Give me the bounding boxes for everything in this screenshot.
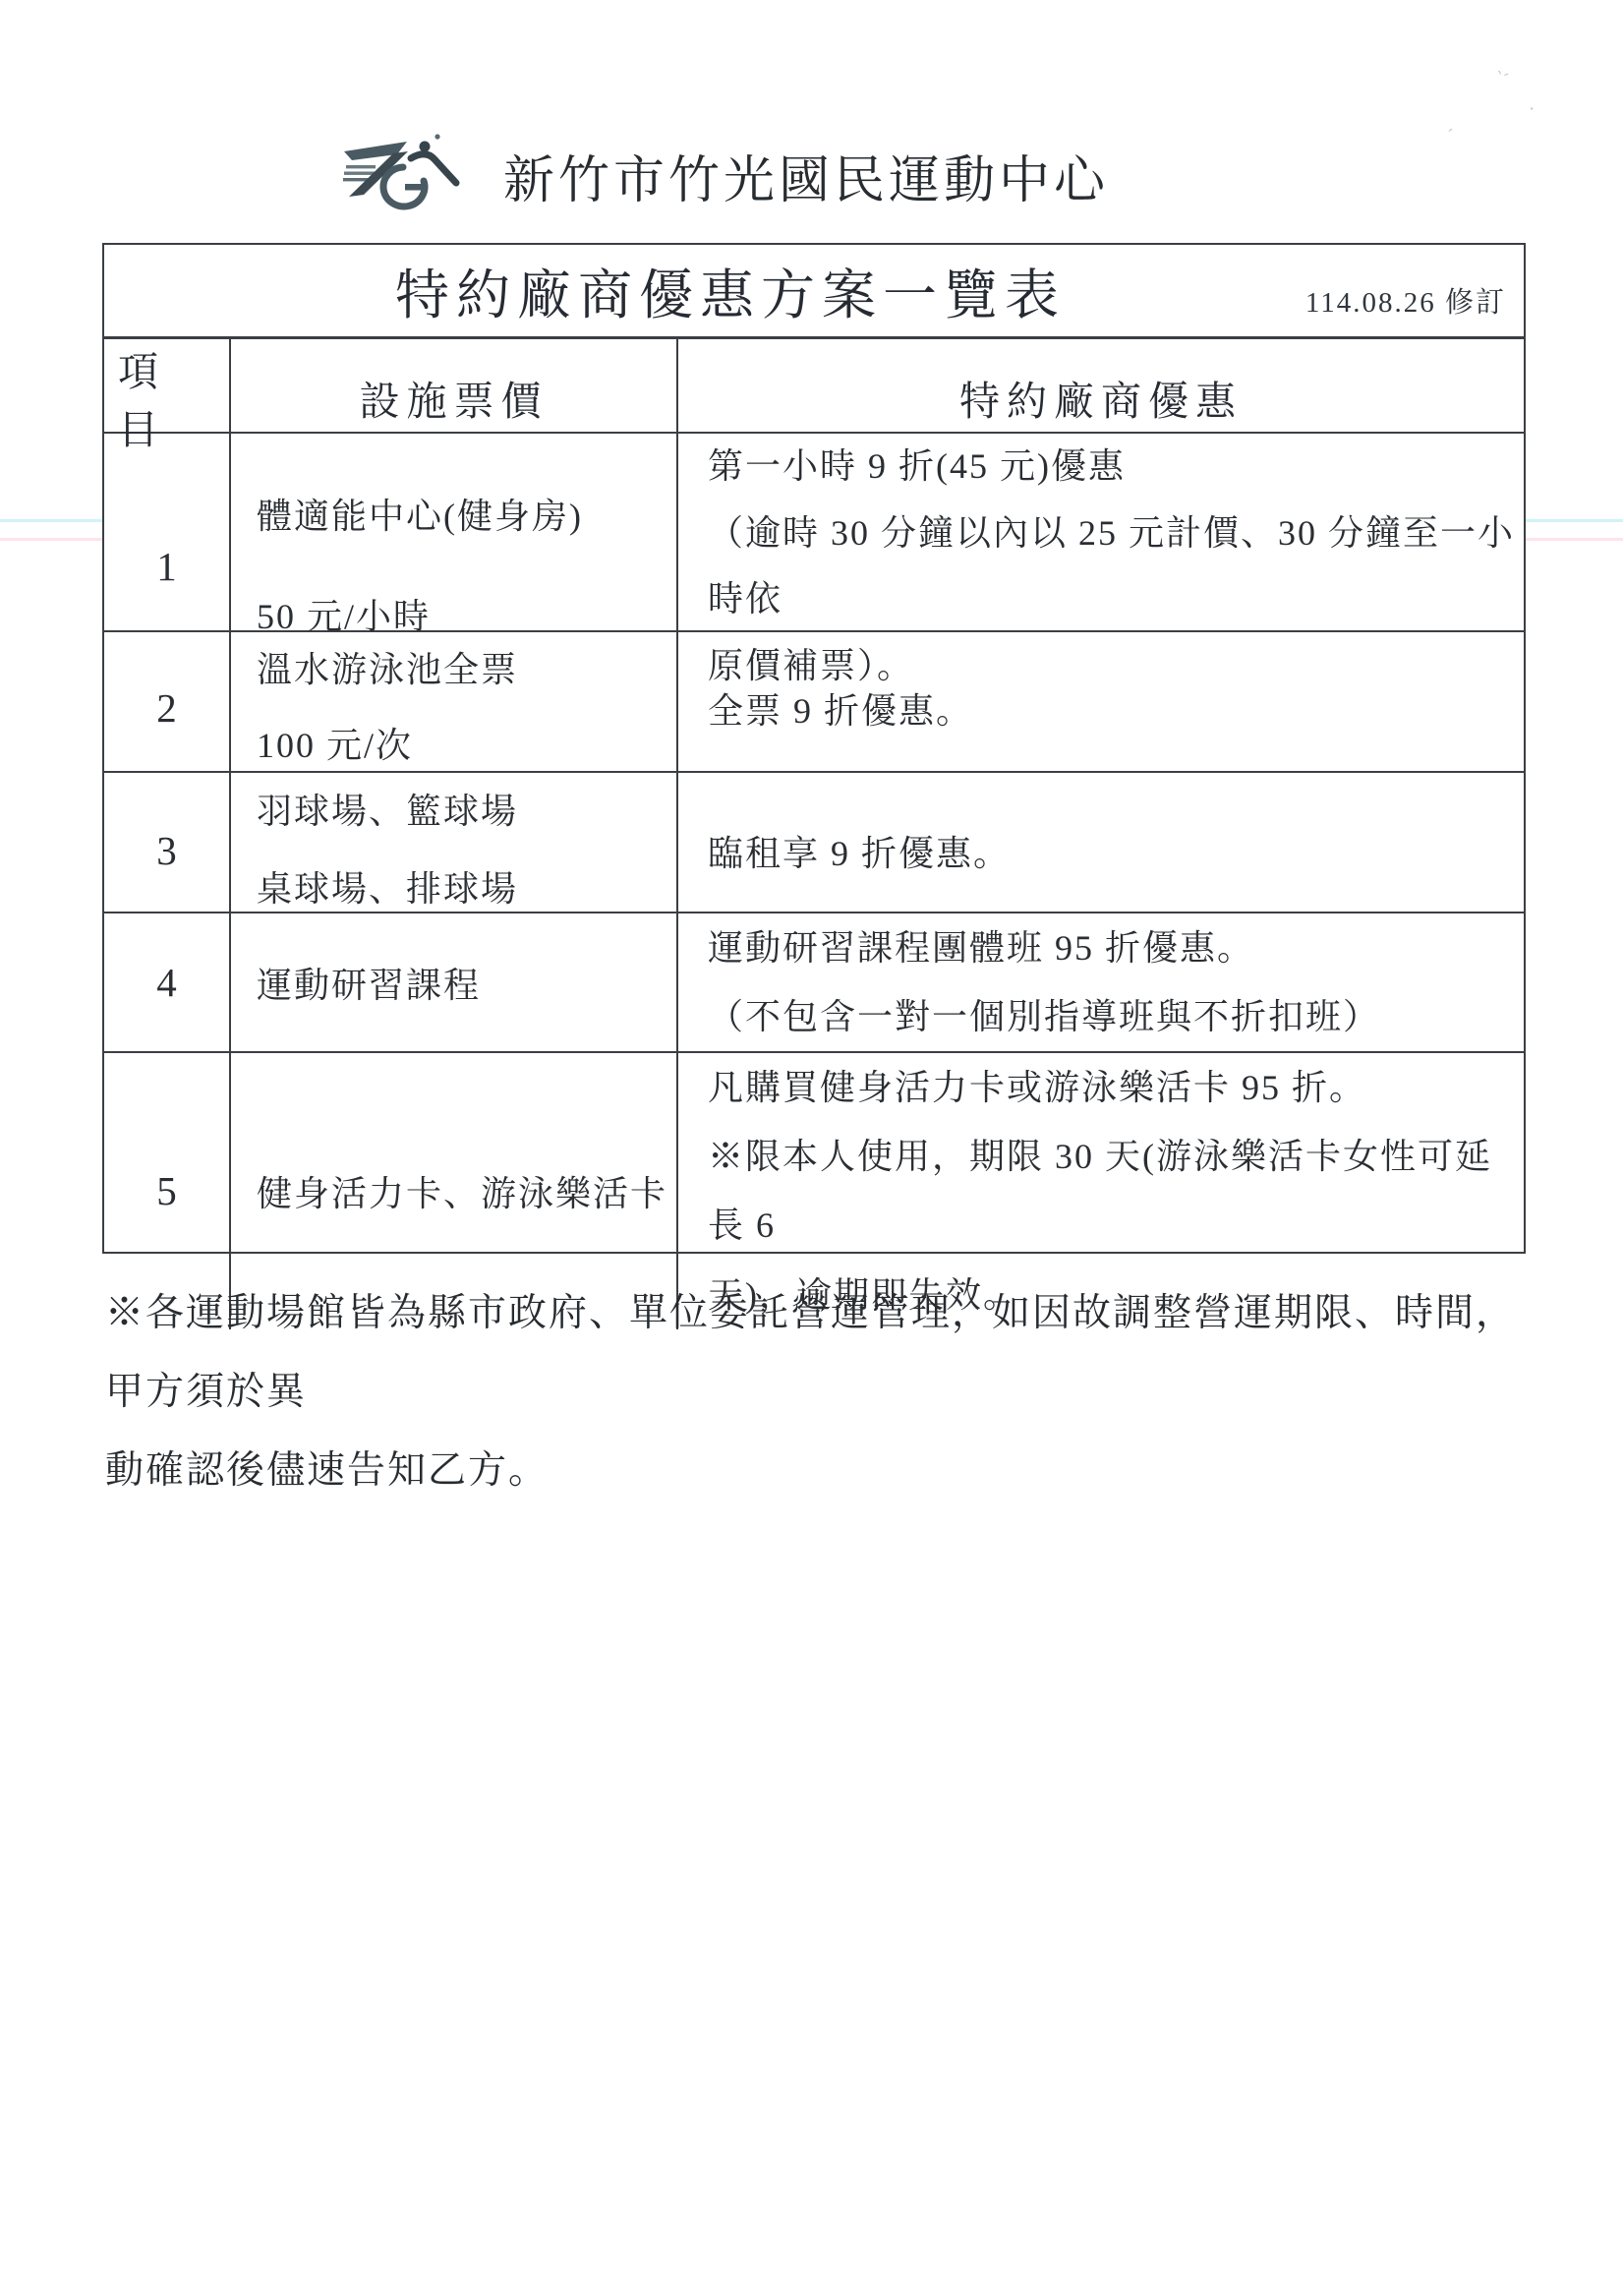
scanned-document-page: `´ · ´ 新竹市竹光國民運動中心 特約廠商優惠方案一覽表 114. bbox=[0, 0, 1623, 2296]
cell-vendor-discount: 臨租享 9 折優惠。 bbox=[678, 773, 1524, 928]
scan-speck: `´ bbox=[1491, 68, 1511, 93]
discount-table: 特約廠商優惠方案一覽表 114.08.26 修訂 項目 設施票價 特約廠商優惠 … bbox=[102, 243, 1526, 1254]
discount-text: 全票 9 折優惠。 bbox=[708, 683, 973, 734]
sports-center-logo-icon bbox=[332, 130, 462, 220]
table-title: 特約廠商優惠方案一覽表 bbox=[395, 252, 1066, 329]
scan-speck: ´ bbox=[1447, 126, 1454, 148]
table-row: 1 體適能中心(健身房) 50 元/小時 第一小時 9 折(45 元)優惠 （逾… bbox=[104, 434, 1524, 632]
discount-text: 運動研習課程團體班 95 折優惠。 （不包含一對一個別指導班與不折扣班） bbox=[708, 913, 1380, 1051]
cell-item-number: 2 bbox=[104, 632, 231, 785]
table-row: 3 羽球場、籃球場 桌球場、排球場 臨租享 9 折優惠。 bbox=[104, 773, 1524, 913]
cell-item-number: 3 bbox=[104, 773, 231, 928]
table-row: 4 運動研習課程 運動研習課程團體班 95 折優惠。 （不包含一對一個別指導班與… bbox=[104, 913, 1524, 1053]
discount-text: 臨租享 9 折優惠。 bbox=[708, 826, 1011, 876]
cell-vendor-discount: 全票 9 折優惠。 bbox=[678, 632, 1524, 785]
table-row: 5 健身活力卡、游泳樂活卡 凡購買健身活力卡或游泳樂活卡 95 折。 ※限本人使… bbox=[104, 1053, 1524, 1256]
footer-note: ※各運動場館皆為縣市政府、單位委託營運管理，如因故調整營運期限、時間，甲方須於異… bbox=[105, 1274, 1531, 1510]
cell-vendor-discount: 運動研習課程團體班 95 折優惠。 （不包含一對一個別指導班與不折扣班） bbox=[678, 913, 1524, 1051]
table-header-row: 項目 設施票價 特約廠商優惠 bbox=[104, 339, 1524, 434]
table-row: 2 溫水游泳池全票 100 元/次 全票 9 折優惠。 bbox=[104, 632, 1524, 773]
facility-text: 溫水游泳池全票 100 元/次 bbox=[257, 632, 518, 785]
cell-item-number: 4 bbox=[104, 913, 231, 1051]
table-title-row: 特約廠商優惠方案一覽表 114.08.26 修訂 bbox=[104, 245, 1524, 339]
cell-facility-price: 溫水游泳池全票 100 元/次 bbox=[231, 632, 678, 785]
cell-facility-price: 運動研習課程 bbox=[231, 913, 678, 1051]
revision-date: 114.08.26 修訂 bbox=[1305, 280, 1506, 321]
facility-text: 羽球場、籃球場 桌球場、排球場 bbox=[257, 773, 518, 928]
document-header: 新竹市竹光國民運動中心 bbox=[332, 126, 1109, 224]
scan-speck: · bbox=[1527, 98, 1537, 122]
facility-text: 運動研習課程 bbox=[257, 958, 481, 1008]
cell-facility-price: 羽球場、籃球場 桌球場、排球場 bbox=[231, 773, 678, 928]
facility-text: 健身活力卡、游泳樂活卡 bbox=[257, 1166, 667, 1216]
org-title: 新竹市竹光國民運動中心 bbox=[503, 139, 1109, 212]
